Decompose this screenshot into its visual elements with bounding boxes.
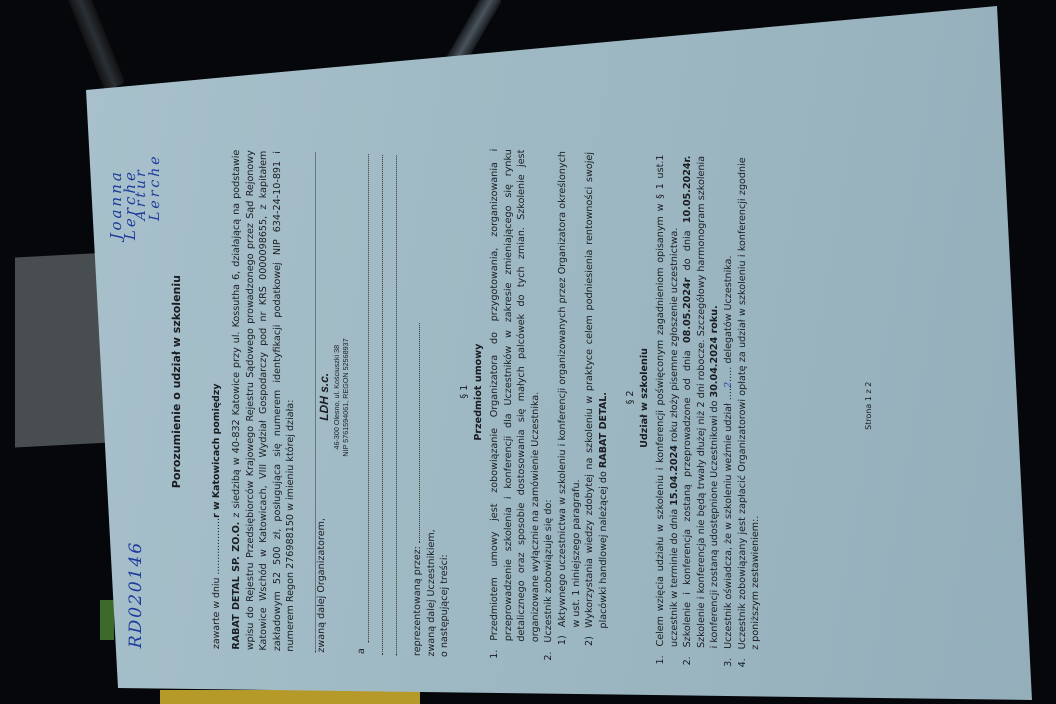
dotted-line [358, 154, 369, 642]
agreement-date-line: zawarte w dniu ...................r w Ka… [210, 383, 224, 649]
item-text: Uczestnik zobowiązany jest zapłacić Orga… [737, 157, 762, 650]
section-1-mark: § 1 [458, 111, 472, 671]
list-item: 3. Uczestnik oświadcza, że w szkoleniu w… [722, 157, 736, 667]
handwritten-delegate-count: 2 [723, 382, 734, 388]
list-item: 1. Przedmiotem umowy jest zobowiązanie O… [488, 149, 542, 661]
stamp-name: LDH s.c. [318, 307, 332, 487]
item-number: 1) [556, 635, 570, 645]
background-strap [60, 0, 125, 91]
company-stamp: LDH s.c. 46-300 Olesno, ul. Kościuszki 3… [318, 307, 350, 488]
stamp-address: 46-300 Olesno, ul. Kościuszki 38 [332, 307, 341, 487]
item-text: Uczestnik oświadcza, że w szkoleniu weźm… [723, 388, 734, 649]
section-1-list: 1. Przedmiotem umowy jest zobowiązanie O… [488, 149, 610, 663]
start-date: 08.05.2024r [682, 277, 693, 343]
organizer-label: zwaną dalej Organizatorem, [315, 518, 329, 653]
dotted-line [372, 154, 383, 654]
section-2-mark: § 2 [624, 117, 638, 677]
list-item: 4. Uczestnik zobowiązany jest zapłacić O… [736, 157, 763, 668]
handwritten-name: Artur Lerche [135, 100, 162, 221]
participant-block: reprezentowaną przez: zwaną dalej Uczest… [410, 156, 452, 657]
deadline-date: 15.04.2024 [669, 445, 680, 506]
sub-list-item: 2) Wykorzystania wiedzy zdobytej na szko… [583, 152, 610, 663]
content-intro: o następującej treści: [438, 157, 452, 657]
item-text: Szkolenie i konferencja zostaną przeprow… [682, 343, 693, 648]
background-object [160, 690, 420, 704]
handwritten-document-id: RD020146 [130, 541, 144, 649]
schedule-date: 30.04.2024 roku. [709, 305, 720, 398]
section-2-list: 1. Celem wzięcia udziału w szkoleniu i k… [654, 154, 763, 668]
dotted-line [410, 323, 420, 543]
date-suffix: r w Katowicach pomiędzy [211, 383, 222, 518]
list-item: 1. Celem wzięcia udziału w szkoleniu i k… [654, 154, 681, 665]
and-label: a [355, 648, 369, 654]
item-text: Przedmiotem umowy jest zobowiązanie Orga… [489, 149, 541, 643]
section-1-title: Przedmiot umowy [472, 112, 486, 672]
date-prefix: zawarte w dniu [211, 574, 222, 649]
end-date: 10.05.2024r. [682, 155, 693, 223]
document-page: RD020146 Joanna Lerche Artur Lerche Poro… [130, 100, 890, 687]
item-text: roku złoży pisemne zgłoszenie uczestnict… [669, 227, 680, 445]
item-text: Wykorzystania wiedzy zdobytej na szkolen… [584, 152, 609, 629]
item-number: 2) [583, 636, 597, 646]
party-organizer-description: RABAT DETAL SP. ZO.O. z siedzibą w 40-83… [230, 149, 298, 651]
item-number: 2. [542, 651, 556, 661]
background-object [15, 253, 110, 448]
item-text: Szkolenie i konferencja nie będą trwały … [696, 156, 721, 649]
item-text: ..... delegatów Uczestnika. [723, 255, 734, 382]
item-number: 1. [654, 655, 668, 665]
list-item: 2. Uczestnik zobowiązuje się do: [542, 150, 556, 660]
stamp-ids: NIP 576159406​1, REGON 52568937 [341, 307, 350, 487]
item-bold-text: RABAT DETAL. [598, 392, 609, 469]
document-title: Porozumienie o udział w szkoleniu [170, 101, 184, 661]
item-number: 1. [488, 649, 502, 659]
item-number: 2. [681, 656, 695, 666]
item-text: Aktywnego uczestnictwa w szkoleniu i kon… [557, 151, 582, 628]
date-blank: ................... [211, 518, 222, 575]
item-number: 4. [736, 658, 750, 668]
sub-list-item: 1) Aktywnego uczestnictwa w szkoleniu i … [556, 151, 583, 662]
section-2-title: Udział w szkoleniu [638, 118, 652, 678]
list-item: 2. Szkolenie i konferencja zostaną przep… [681, 155, 722, 666]
item-number: 3. [722, 658, 736, 668]
item-text: do dnia [682, 223, 693, 278]
participant-label: zwaną dalej Uczestnikiem, [425, 156, 439, 656]
dotted-line [386, 155, 397, 655]
represented-by-label: reprezentowaną przez: [412, 546, 423, 656]
background-object [100, 600, 114, 640]
item-text: Uczestnik zobowiązuje się do: [543, 499, 554, 643]
company-name: RABAT DETAL SP. ZO.O. [231, 521, 242, 649]
page-number: Strona 1 z 2 [862, 126, 876, 686]
